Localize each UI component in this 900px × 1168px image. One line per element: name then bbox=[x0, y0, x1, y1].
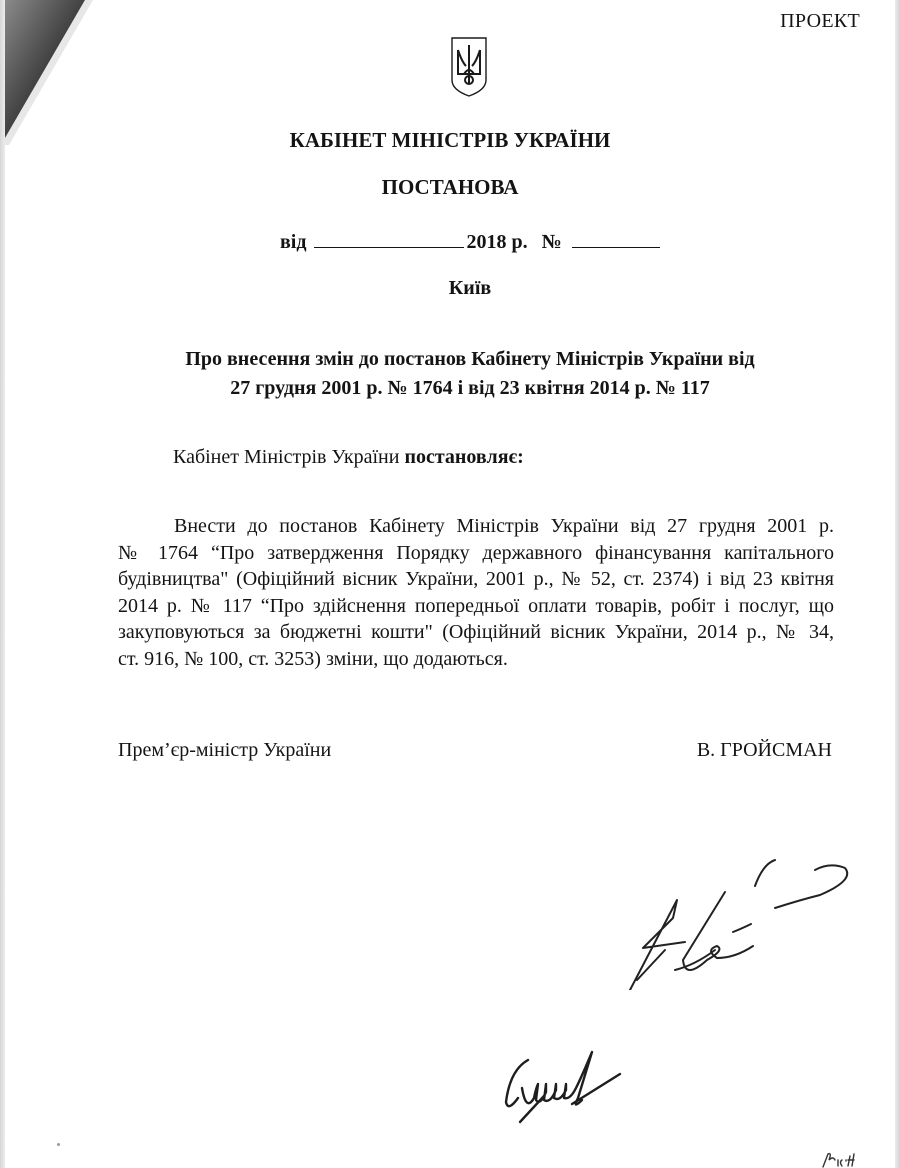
dateline: від 2018 р. № bbox=[280, 229, 662, 254]
signatory-name: В. ГРОЙСМАН bbox=[697, 739, 832, 762]
body-line: № 1764 “Про затвердження Порядку державн… bbox=[118, 540, 834, 567]
signature-icon bbox=[500, 1040, 640, 1130]
scan-corner-shadow bbox=[5, 0, 95, 145]
decree-intro: Кабінет Міністрів України постановляє: bbox=[173, 446, 524, 469]
subject-line-1: Про внесення змін до постанов Кабінету М… bbox=[150, 345, 790, 374]
number-blank-field bbox=[572, 229, 660, 248]
body-line: будівництва" (Офіційний вісник України, … bbox=[118, 566, 834, 593]
authority-title: КАБІНЕТ МІНІСТРІВ УКРАЇНИ bbox=[0, 128, 900, 153]
decree-intro-regular: Кабінет Міністрів України bbox=[173, 446, 399, 468]
date-blank-field bbox=[314, 229, 464, 248]
ukraine-coat-of-arms-icon bbox=[450, 36, 488, 98]
number-sign: № bbox=[542, 231, 562, 254]
dateline-year: 2018 р. bbox=[466, 231, 527, 254]
body-paragraph: Внести до постанов Кабінету Міністрів Ук… bbox=[118, 513, 834, 673]
dateline-prefix: від bbox=[280, 231, 306, 254]
subject-line-2: 27 грудня 2001 р. № 1764 і від 23 квітня… bbox=[150, 374, 790, 403]
body-line: закуповуються за бюджетні кошти" (Офіцій… bbox=[118, 619, 834, 646]
draft-label: ПРОЕКТ bbox=[780, 10, 860, 33]
city-label: Київ bbox=[0, 277, 900, 300]
body-line: ст. 916, № 100, ст. 3253) зміни, що дода… bbox=[118, 646, 834, 673]
body-line: 2014 р. № 117 “Про здійснення попередньо… bbox=[118, 593, 834, 620]
decree-intro-bold: постановляє: bbox=[404, 446, 523, 468]
body-line: Внести до постанов Кабінету Міністрів Ук… bbox=[118, 513, 834, 540]
signatory-title: Прем’єр-міністр України bbox=[118, 739, 331, 762]
initials-icon bbox=[820, 1148, 860, 1168]
signature-icon bbox=[625, 850, 855, 990]
scan-speck bbox=[57, 1143, 60, 1146]
act-type-title: ПОСТАНОВА bbox=[0, 175, 900, 200]
subject-heading: Про внесення змін до постанов Кабінету М… bbox=[150, 345, 790, 403]
